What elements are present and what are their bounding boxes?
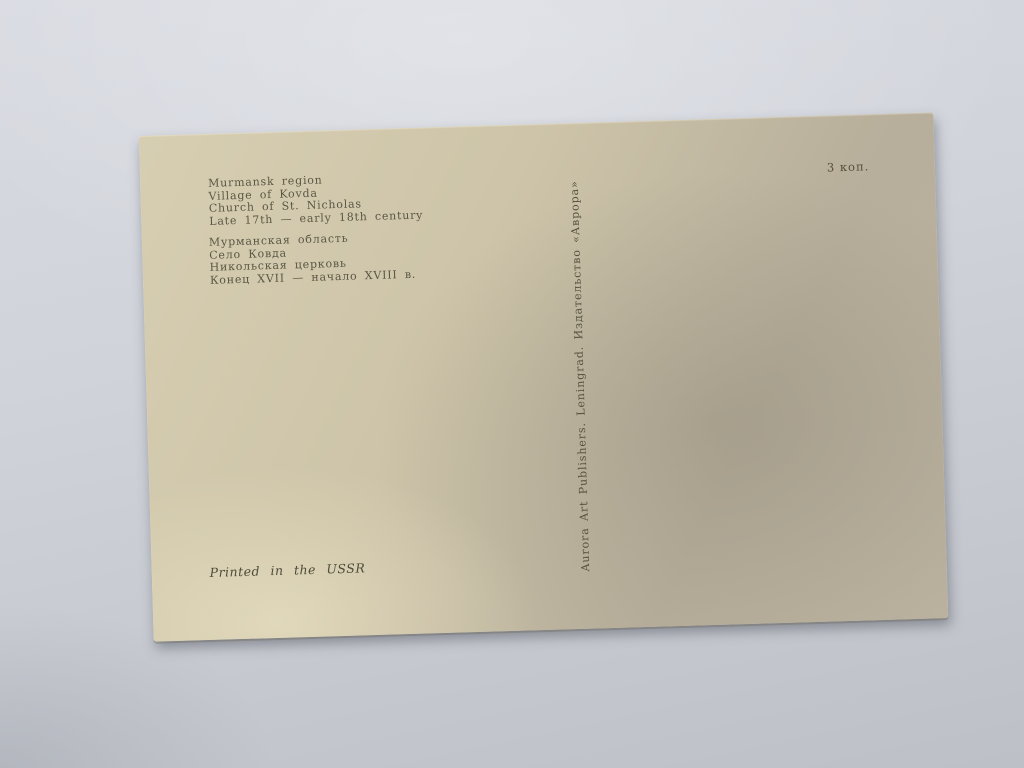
caption-russian: Мурманская область Село Ковда Никольская… [209, 231, 417, 287]
postcard-back: 3 коп. Murmansk region Village of Kovda … [139, 112, 949, 641]
caption-english: Murmansk region Village of Kovda Church … [208, 172, 423, 228]
printed-in-ussr-note: Printed in the USSR [209, 560, 365, 580]
publisher-imprint: Aurora Art Publishers. Leningrad. Издате… [568, 180, 593, 571]
price-label: 3 коп. [827, 159, 870, 174]
photo-surface: 3 коп. Murmansk region Village of Kovda … [0, 0, 1024, 768]
